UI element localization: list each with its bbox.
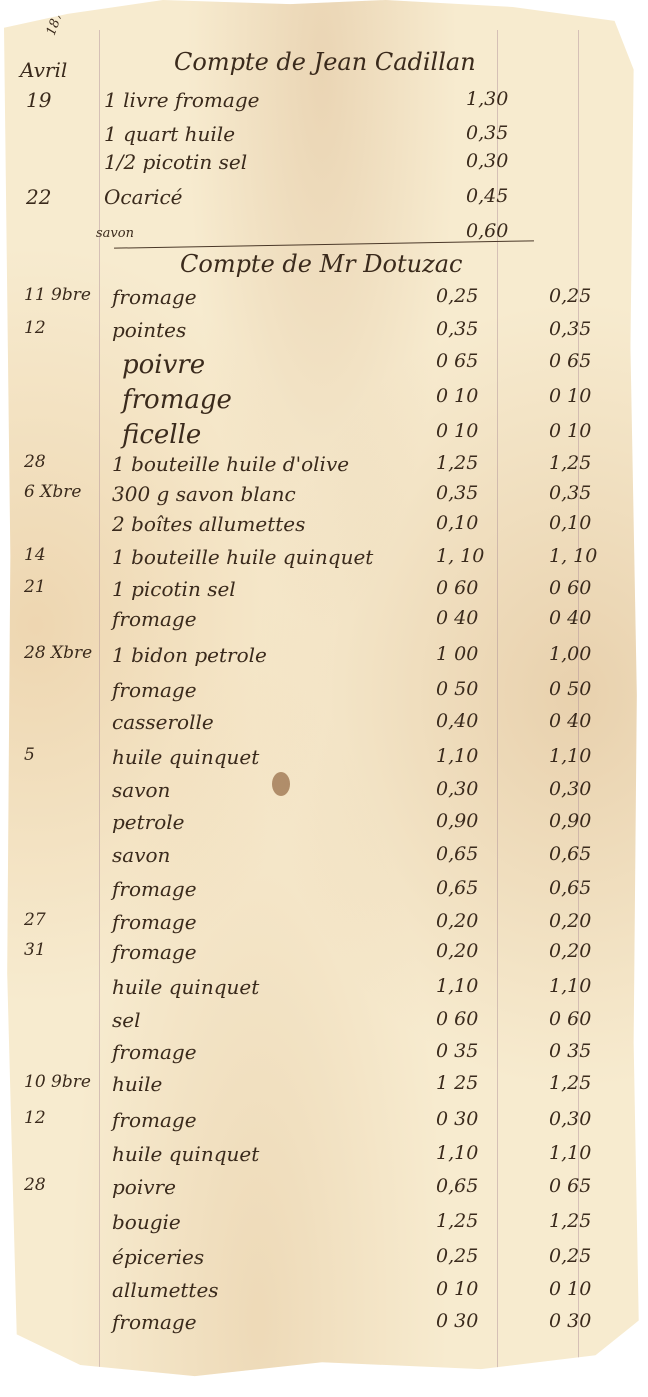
entry-amount-total: 0 10 [549,385,591,407]
entry-amount: 1,25 [436,1210,478,1232]
entry-amount-total: 0,25 [549,1245,591,1267]
entry-date: 27 [24,910,46,930]
entry-date: 21 [24,577,46,597]
entry-item: fromage [112,285,197,309]
entry-amount: 0,20 [436,940,478,962]
entry-amount: 1 25 [436,1072,478,1094]
entry-item: casserolle [112,710,214,734]
entry-amount: 0 65 [436,350,478,372]
entry-amount-total: 0 40 [549,607,591,629]
entry-item: savon [96,226,134,241]
entry-date: 12 [24,1108,46,1128]
entry-date: 28 [24,452,46,472]
entry-item: fromage [112,678,197,702]
entry-item: Ocaricé [104,185,183,209]
entry-amount: 0,30 [436,778,478,800]
entry-amount-total: 0,90 [549,810,591,832]
entry-amount: 0,90 [436,810,478,832]
entry-amount-total: 0 10 [549,420,591,442]
entry-item: poivre [122,350,205,380]
entry-item: petrole [112,810,185,834]
entry-amount: 0,65 [436,1175,478,1197]
entry-amount-total: 1,10 [549,745,591,767]
entry-amount: 0,20 [436,910,478,932]
month-label: Avril [20,58,67,82]
entry-amount: 0 30 [436,1310,478,1332]
entry-item: 300 g savon blanc [112,482,296,506]
entry-item: fromage [112,607,197,631]
entry-amount: 1,10 [436,975,478,997]
entry-item: fromage [112,877,197,901]
entry-amount-total: 0,35 [549,318,591,340]
entry-amount-total: 1,00 [549,643,591,665]
entry-amount-total: 1,25 [549,1210,591,1232]
entry-item: fromage [112,1040,197,1064]
entry-item: fromage [112,1108,197,1132]
entry-amount-total: 1,10 [549,975,591,997]
entry-amount: 0 60 [436,577,478,599]
entry-amount: 0,65 [436,877,478,899]
entry-amount: 0,35 [436,482,478,504]
entry-amount-total: 0 30 [549,1310,591,1332]
entry-amount-total: 0 65 [549,1175,591,1197]
handwritten-ledger-page: 1879 Avril Compte de Jean Cadillan191 li… [4,0,640,1390]
entry-date: 5 [24,745,35,765]
entry-amount: 1 00 [436,643,478,665]
entry-date: 11 9bre [24,285,91,305]
entry-item: savon [112,778,170,802]
entry-item: savon [112,843,170,867]
entry-item: bougie [112,1210,181,1234]
entry-amount-total: 1,25 [549,452,591,474]
entry-amount-total: 0,10 [549,512,591,534]
entry-amount: 0,35 [466,122,508,144]
entry-item: huile quinquet [112,745,259,769]
entry-amount-total: 1,25 [549,1072,591,1094]
entry-item: 1 quart huile [104,122,235,146]
entry-item: fromage [112,940,197,964]
entry-amount: 0,65 [436,843,478,865]
entry-amount: 0,10 [436,512,478,534]
entry-amount-total: 0,20 [549,910,591,932]
entry-item: pointes [112,318,186,342]
entry-item: 1/2 picotin sel [104,150,247,174]
entry-item: fromage [112,910,197,934]
entry-item: allumettes [112,1278,219,1302]
entry-amount-total: 0 35 [549,1040,591,1062]
entry-amount-total: 0 10 [549,1278,591,1300]
column-rule [578,30,579,1370]
entry-item: fromage [112,1310,197,1334]
entry-item: 1 bouteille huile quinquet [112,545,373,569]
entry-amount: 0 30 [436,1108,478,1130]
entry-date: 31 [24,940,46,960]
entry-item: huile [112,1072,162,1096]
entry-amount-total: 1, 10 [549,545,597,567]
section-title: Compte de Jean Cadillan [174,48,476,76]
entry-amount: 0,40 [436,710,478,732]
entry-amount-total: 0,65 [549,877,591,899]
entry-item: huile quinquet [112,975,259,999]
entry-date: 28 Xbre [24,643,92,663]
entry-amount-total: 0,25 [549,285,591,307]
entry-amount-total: 0 65 [549,350,591,372]
entry-item: 1 livre fromage [104,88,259,112]
entry-amount: 0 40 [436,607,478,629]
entry-date: 6 Xbre [24,482,81,502]
entry-item: 2 boîtes allumettes [112,512,305,536]
entry-item: fromage [122,385,232,415]
entry-item: ficelle [122,420,201,450]
entry-amount: 1, 10 [436,545,484,567]
entry-amount-total: 0 60 [549,577,591,599]
entry-amount: 1,25 [436,452,478,474]
entry-item: huile quinquet [112,1142,259,1166]
entry-amount-total: 0 40 [549,710,591,732]
section-divider [114,240,534,248]
entry-date: 14 [24,545,46,565]
year-label: 1879 [44,1,69,37]
entry-amount-total: 1,10 [549,1142,591,1164]
entry-amount-total: 0,30 [549,1108,591,1130]
entry-amount: 0 10 [436,385,478,407]
entry-amount-total: 0,30 [549,778,591,800]
entry-amount-total: 0,65 [549,843,591,865]
entry-amount: 0 35 [436,1040,478,1062]
section-title: Compte de Mr Dotuzac [180,250,462,278]
entry-item: sel [112,1008,141,1032]
entry-amount: 0 10 [436,1278,478,1300]
entry-amount: 0,30 [466,150,508,172]
entry-date: 19 [26,88,51,112]
entry-date: 10 9bre [24,1072,91,1092]
entry-amount: 0,60 [466,220,508,242]
entry-item: épiceries [112,1245,204,1269]
entry-amount: 0,25 [436,285,478,307]
entry-amount: 1,30 [466,88,508,110]
entry-amount: 0 50 [436,678,478,700]
entry-amount-total: 0 60 [549,1008,591,1030]
entry-amount: 0,25 [436,1245,478,1267]
entry-item: 1 picotin sel [112,577,236,601]
entry-date: 22 [26,185,51,209]
entry-amount: 1,10 [436,1142,478,1164]
entry-amount: 0,45 [466,185,508,207]
entry-amount: 0,35 [436,318,478,340]
entry-amount-total: 0,35 [549,482,591,504]
entry-item: 1 bouteille huile d'olive [112,452,349,476]
entry-item: poivre [112,1175,176,1199]
entry-date: 12 [24,318,46,338]
ink-stain [272,772,290,796]
entry-amount: 0 60 [436,1008,478,1030]
entry-amount: 0 10 [436,420,478,442]
entry-amount: 1,10 [436,745,478,767]
entry-amount-total: 0,20 [549,940,591,962]
entry-item: 1 bidon petrole [112,643,267,667]
entry-date: 28 [24,1175,46,1195]
entry-amount-total: 0 50 [549,678,591,700]
